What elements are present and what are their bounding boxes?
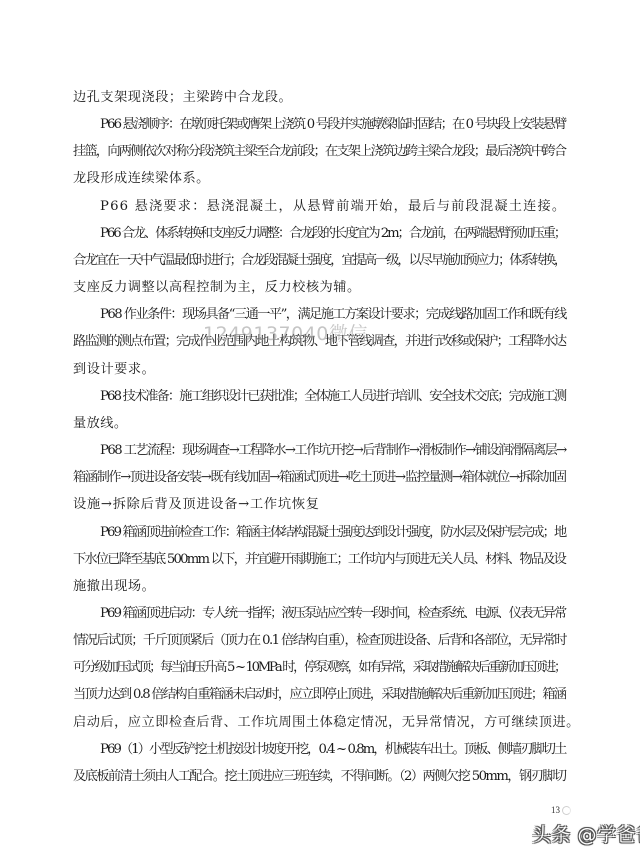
text-line: 龙段形成连续梁体系。 bbox=[73, 165, 567, 192]
text-line: 施撤出现场。 bbox=[73, 573, 567, 600]
page-number-label: 13 bbox=[551, 805, 560, 815]
text-line: P66 悬浇顺序：在墩顶托架或膺架上浇筑 0 号段并实施墩梁临时固结；在 0 号… bbox=[73, 111, 567, 138]
text-line: 合龙宜在一天中气温最低时进行；合龙段混凝土强度，宜提高一级，以尽早施加预应力；体… bbox=[73, 247, 567, 274]
text-line: P68 作业条件：现场具备“三通一平”，满足施工方案设计要求；完成线路加固工作和… bbox=[73, 301, 567, 328]
document-body: 边孔支架现浇段；主梁跨中合龙段。 P66 悬浇顺序：在墩顶托架或膺架上浇筑 0 … bbox=[73, 84, 567, 790]
text-line: 启动后，应立即检查后背、工作坑周围土体稳定情况，无异常情况，方可继续顶进。 bbox=[73, 709, 567, 736]
text-line: P68 工艺流程：现场调查→工程降水→工作坑开挖→后背制作→滑板制作→铺设润滑隔… bbox=[73, 437, 567, 464]
text-line: 可分级加压试顶；每当油压升高 5 ~ 10MPa 时，停泵观察，如有异常，采取措… bbox=[73, 654, 567, 681]
text-line: 情况后试顶；千斤顶顶紧后（顶力在 0.1 倍结构自重），检查顶进设备、后背和各部… bbox=[73, 627, 567, 654]
document-page: 边孔支架现浇段；主梁跨中合龙段。 P66 悬浇顺序：在墩顶托架或膺架上浇筑 0 … bbox=[0, 0, 640, 862]
text-line: P68 技术准备：施工组织设计已获批准；全体施工人员进行培训、安全技术交底；完成… bbox=[73, 383, 567, 410]
text-line: P66 合龙、体系转换和支座反力调整：合龙段的长度宜为 2m；合龙前，在两端悬臂… bbox=[73, 220, 567, 247]
text-line: 路监测的测点布置；完成作业范围内地上构筑物、地下管线调查，并进行改移或保护；工程… bbox=[73, 328, 567, 355]
text-line: 当顶力达到 0.8 倍结构自重箱涵未启动时，应立即停止顶进，采取措施解决后重新加… bbox=[73, 681, 567, 708]
text-line: 下水位已降至基底 500mm 以下，并宜避开雨期施工；工作坑内与顶进无关人员、材… bbox=[73, 546, 567, 573]
text-line: 边孔支架现浇段；主梁跨中合龙段。 bbox=[73, 84, 567, 111]
loading-ring-icon bbox=[562, 806, 571, 815]
text-line: P69（1）小型反铲挖土机按设计坡度开挖，0.4 ~ 0.8m，机械装车出土。顶… bbox=[73, 736, 567, 763]
text-line: 设施→拆除后背及顶进设备→工作坑恢复 bbox=[73, 491, 567, 518]
text-line: 挂篮，向两侧依次对称分段浇筑主梁至合龙前段；在支架上浇筑边跨主梁合龙段；最后浇筑… bbox=[73, 138, 567, 165]
page-number: 13 bbox=[551, 805, 571, 815]
text-line: 量放线。 bbox=[73, 410, 567, 437]
text-line: 支座反力调整以高程控制为主，反力校核为辅。 bbox=[73, 274, 567, 301]
text-line: P69 箱涵顶进启动：专人统一指挥；液压泵站应空转一段时间，检查系统、电源、仪表… bbox=[73, 600, 567, 627]
text-line: 箱涵制作→顶进设备安装→既有线加固→箱涵试顶进→吃土顶进→监控量测→箱体就位→拆… bbox=[73, 464, 567, 491]
brand-watermark: 头条 @学爸爸 bbox=[532, 820, 640, 847]
text-line: P66 悬浇要求：悬浇混凝土，从悬臂前端开始，最后与前段混凝土连接。 bbox=[73, 193, 567, 220]
text-line: 及底板前清土须由人工配合。挖土顶进应三班连续，不得间断。（2）两侧欠挖 50mm… bbox=[73, 763, 567, 790]
text-line: 到设计要求。 bbox=[73, 356, 567, 383]
text-line: P69 箱涵顶进前检查工作：箱涵主体结构混凝土强度达到设计强度，防水层及保护层完… bbox=[73, 519, 567, 546]
